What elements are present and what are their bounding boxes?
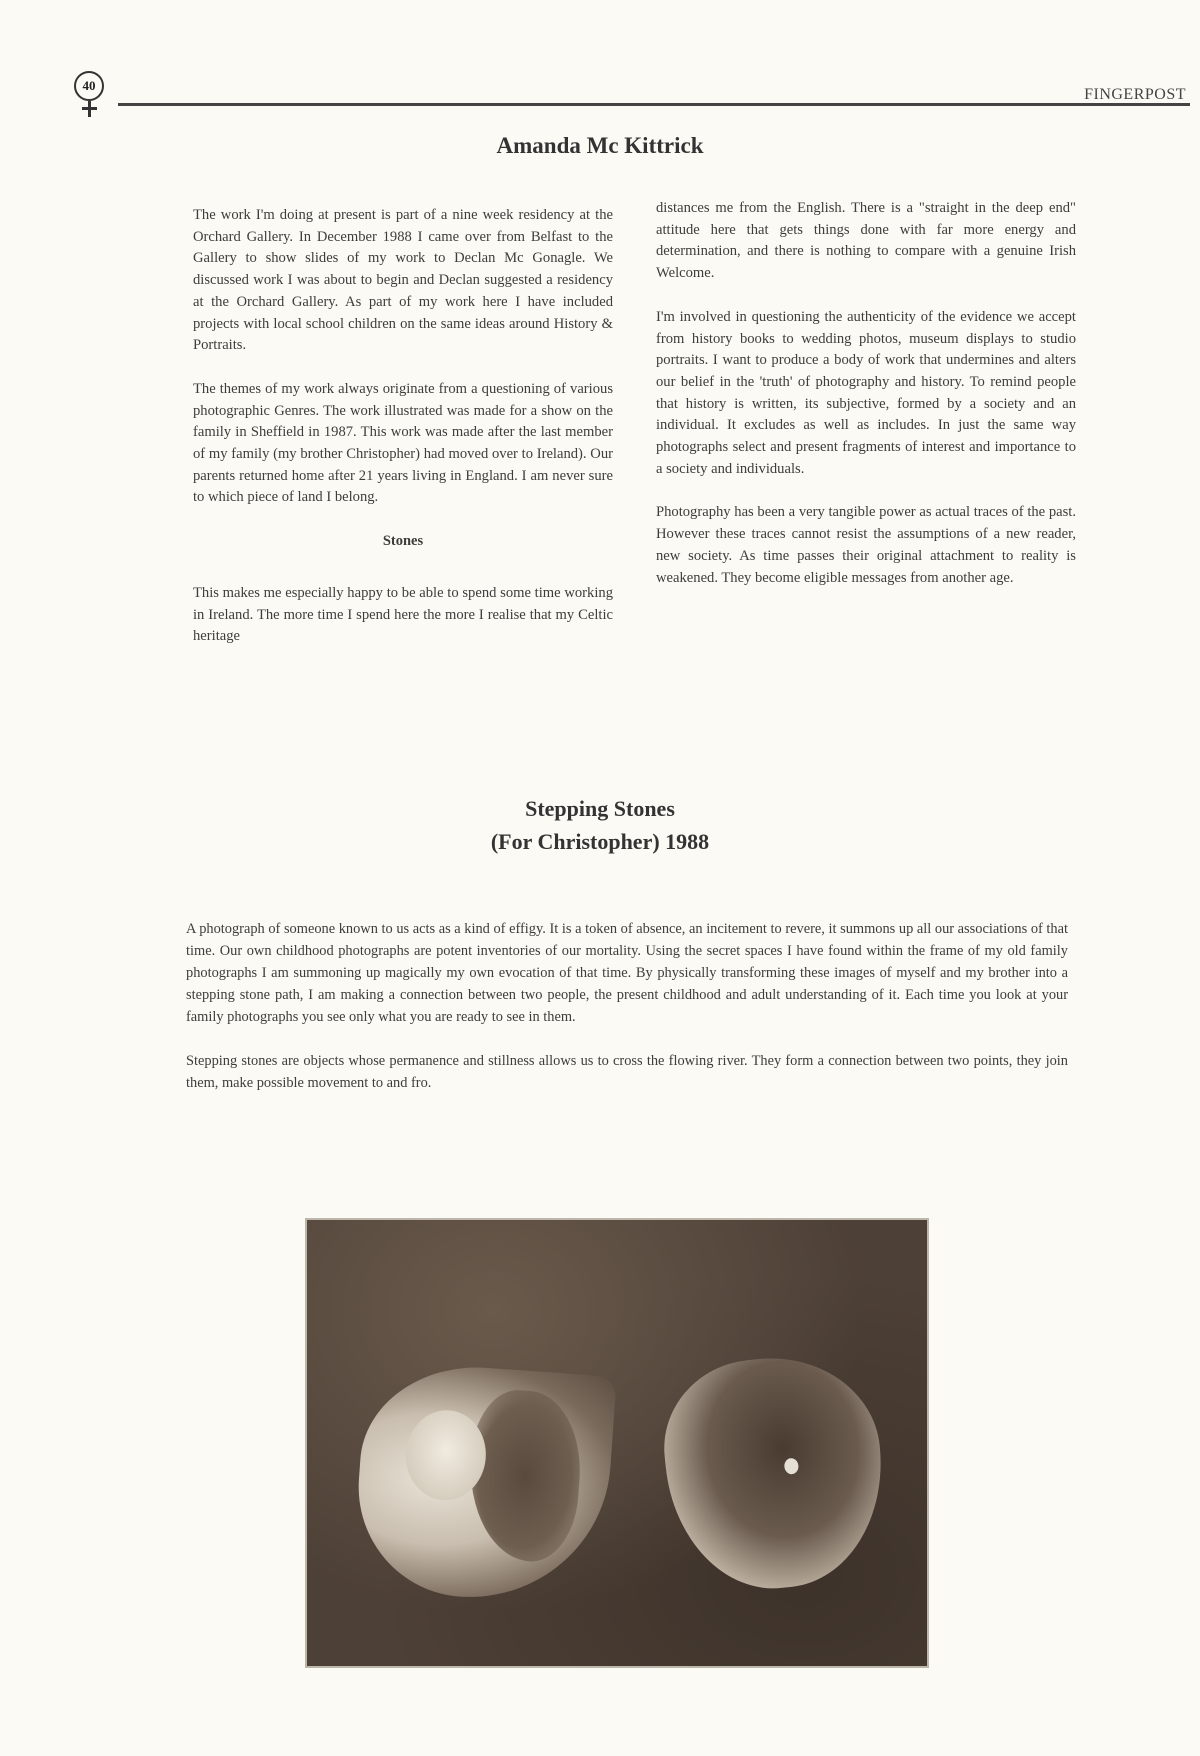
paragraph: Stepping stones are objects whose perman… bbox=[186, 1050, 1068, 1094]
page-number: 40 bbox=[83, 78, 96, 94]
paragraph: A photograph of someone known to us acts… bbox=[186, 918, 1068, 1028]
page-number-badge: 40 bbox=[74, 71, 108, 121]
paragraph: This makes me especially happy to be abl… bbox=[193, 583, 613, 648]
piece-title: Stepping Stones (For Christopher) 1988 bbox=[0, 792, 1200, 858]
piece-title-line1: Stepping Stones bbox=[0, 792, 1200, 825]
paragraph: distances me from the English. There is … bbox=[656, 198, 1076, 285]
piece-description: A photograph of someone known to us acts… bbox=[186, 918, 1068, 1116]
article-author: Amanda Mc Kittrick bbox=[0, 133, 1200, 159]
venus-symbol-bar bbox=[82, 107, 97, 110]
stone-with-child-portrait bbox=[351, 1360, 616, 1607]
stone-highlight bbox=[784, 1458, 800, 1475]
paragraph: I'm involved in questioning the authenti… bbox=[656, 307, 1076, 481]
stepping-stones-photograph bbox=[305, 1218, 929, 1668]
left-column: The work I'm doing at present is part of… bbox=[193, 205, 613, 670]
stone-right bbox=[656, 1347, 894, 1598]
portrait-hair bbox=[464, 1387, 586, 1564]
right-column: distances me from the English. There is … bbox=[656, 198, 1076, 611]
paragraph: Photography has been a very tangible pow… bbox=[656, 502, 1076, 589]
publication-title: FINGERPOST bbox=[1084, 86, 1186, 104]
paragraph: The themes of my work always originate f… bbox=[193, 379, 613, 509]
header-rule bbox=[118, 103, 1190, 106]
venus-symbol-icon: 40 bbox=[74, 71, 104, 101]
paragraph: The work I'm doing at present is part of… bbox=[193, 205, 613, 357]
piece-title-line2: (For Christopher) 1988 bbox=[0, 825, 1200, 858]
subheading: Stones bbox=[193, 531, 613, 553]
